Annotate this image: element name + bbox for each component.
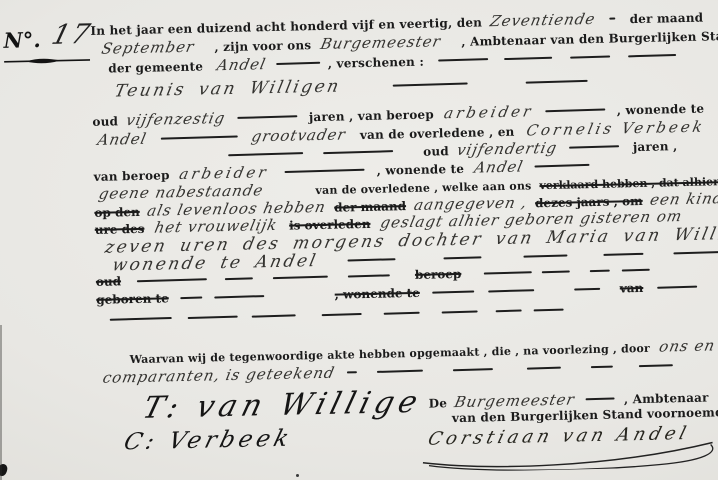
printed-der-maand: der maand <box>629 11 703 27</box>
handwritten-comparanten-geteekend: comparanten, is geteekend <box>101 364 337 387</box>
blank-filler-stroke <box>496 310 522 313</box>
blank-filler-stroke <box>393 82 468 86</box>
blank-filler-stroke <box>161 135 238 139</box>
struck-wonende-te: , wonende te <box>335 286 420 302</box>
blank-filler-stroke <box>188 316 238 319</box>
document-content: N°. 17 In het jaar een duizend acht hond… <box>0 0 718 480</box>
form-line-unused-3 <box>110 309 564 321</box>
blank-filler-stroke <box>137 278 207 282</box>
blank-filler-stroke <box>609 17 615 19</box>
municipality-handwritten: Andel <box>215 55 268 74</box>
form-line-declarant1-name: Teunis van Willigen <box>115 71 588 101</box>
blank-filler-stroke <box>215 295 265 298</box>
blank-filler-stroke <box>384 312 420 315</box>
blank-filler-stroke <box>323 150 393 154</box>
blank-filler-stroke <box>535 164 590 168</box>
blank-filler-stroke <box>442 310 478 313</box>
blank-filler-stroke <box>432 290 474 293</box>
blank-filler-stroke <box>534 309 564 312</box>
blank-filler-stroke <box>225 277 253 280</box>
struck-oud: oud <box>96 274 121 289</box>
blank-filler-stroke <box>285 169 365 173</box>
blank-filler-stroke <box>228 152 303 156</box>
printed-jaren-van-beroep: jaren , van beroep <box>309 107 434 124</box>
blank-filler-stroke <box>443 256 481 259</box>
declarant2-occupation-handwritten: arbeider <box>178 163 271 183</box>
blank-filler-stroke <box>322 313 362 316</box>
blank-filler-stroke <box>276 62 320 65</box>
blank-filler-stroke <box>574 288 600 291</box>
blank-filler-stroke <box>110 317 172 321</box>
blank-filler-stroke <box>347 258 395 261</box>
declarant2-name-handwritten: Cornelis Verbeek <box>525 118 707 140</box>
printed-zijn-voor-ons: , zijn voor ons <box>214 38 311 54</box>
declarant1-age-handwritten: vijfenzestig <box>124 109 227 129</box>
act-number-value: 17 <box>48 19 95 51</box>
printed-oud: oud <box>92 114 118 129</box>
printed-wonende-te: , wonende te <box>376 162 464 178</box>
blank-filler-stroke <box>181 296 203 299</box>
day-of-month-handwritten: Zeventiende <box>488 10 597 30</box>
declarant2-residence-handwritten: Andel <box>472 157 525 176</box>
struck-beroep: beroep <box>415 267 462 282</box>
struck-van: van <box>620 281 644 296</box>
printed-wonende-te: , wonende te <box>617 102 705 118</box>
act-number: N°. 17 <box>3 22 91 55</box>
blank-filler-stroke <box>483 271 531 274</box>
blank-filler-stroke <box>569 145 619 148</box>
blank-filler-stroke <box>252 314 296 317</box>
blank-filler-stroke <box>628 54 676 57</box>
handwritten-een-kind-van: een kind van <box>649 188 718 208</box>
blank-filler-stroke <box>523 254 567 257</box>
scan-edge-shadow <box>0 325 2 480</box>
blank-filler-stroke <box>621 269 649 272</box>
act-number-label: N°. <box>3 27 41 53</box>
printed-ambtenaar: , Ambtenaar van den Burgerlijken Stand , <box>461 29 718 49</box>
printed-de: De <box>428 396 447 410</box>
scanned-certificate: N°. 17 In het jaar een duizend acht hond… <box>0 0 718 480</box>
blank-filler-stroke <box>657 286 697 289</box>
declarant1-occupation-handwritten: arbeider <box>442 102 535 122</box>
printed-verschenen: , verschenen : <box>328 55 424 71</box>
blank-filler-stroke <box>527 367 561 370</box>
blank-filler-stroke <box>347 371 357 373</box>
struck-op-den: op den <box>94 205 140 220</box>
blank-filler-stroke <box>237 115 297 119</box>
blank-filler-stroke <box>377 370 423 373</box>
blank-filler-stroke <box>589 270 609 273</box>
struck-geboren-te: geboren te <box>96 291 169 307</box>
blank-filler-stroke <box>639 364 673 367</box>
declarant2-age-handwritten: vijfendertig <box>455 139 559 159</box>
printed-van-beroep: van beroep <box>93 168 169 184</box>
declarant1-residence-handwritten: Andel <box>96 130 149 149</box>
struck-ure-des: ure des <box>95 222 145 237</box>
blank-filler-stroke <box>570 55 610 58</box>
blank-filler-stroke <box>273 276 328 280</box>
month-handwritten: September <box>100 38 196 58</box>
blank-filler-stroke <box>504 57 552 60</box>
printed-oud: oud <box>423 144 449 159</box>
blank-filler-stroke <box>603 253 643 256</box>
handwritten-ons-en-de: ons en de <box>658 336 718 356</box>
struck-is-overleden: is overleden <box>289 217 371 233</box>
printed-der-gemeente: der gemeente <box>108 59 203 75</box>
signature-flourish <box>419 438 718 473</box>
declarant1-name-handwritten: Teunis van Willigen <box>113 76 343 101</box>
blank-filler-stroke <box>526 80 588 84</box>
blank-filler-stroke <box>585 398 614 401</box>
blank-filler-stroke <box>438 58 488 61</box>
number-flourish <box>4 55 90 67</box>
scan-speck <box>296 474 299 477</box>
blank-filler-stroke <box>673 251 718 254</box>
blank-filler-stroke <box>541 270 569 273</box>
official-title-handwritten: Burgemeester <box>319 32 443 53</box>
blank-filler-stroke <box>488 289 534 292</box>
blank-filler-stroke <box>545 109 605 113</box>
declarant1-relation-handwritten: grootvader <box>250 125 348 145</box>
printed-jaren: jaren , <box>633 139 678 154</box>
signature-declarant1: T: van Willige <box>139 385 426 426</box>
signature-declarant2: C: Verbeek <box>121 426 296 456</box>
blank-filler-stroke <box>591 366 613 369</box>
blank-filler-stroke <box>453 368 493 371</box>
printed-ambtenaar-2: , Ambtenaar <box>624 391 709 407</box>
blank-filler-stroke <box>348 274 390 277</box>
